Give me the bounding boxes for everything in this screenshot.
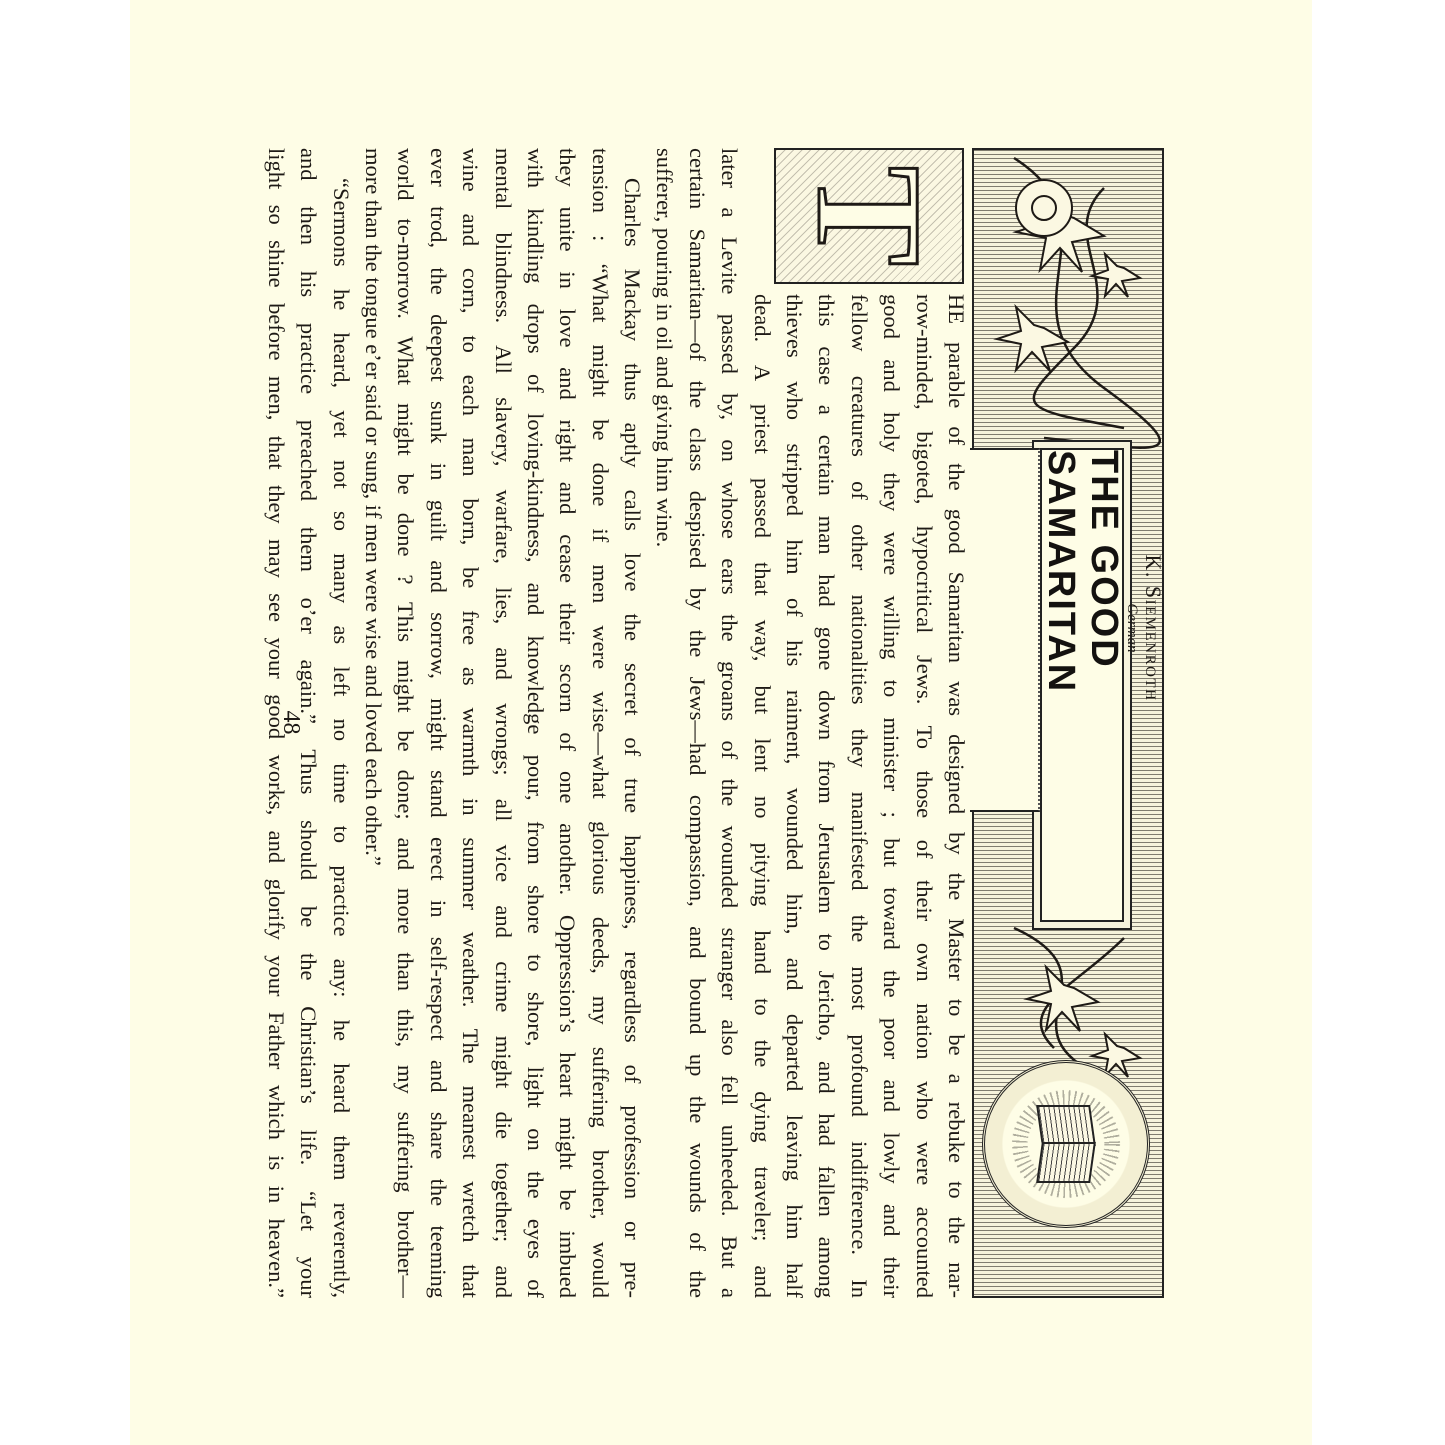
author-name: K. Siemenroth <box>1140 448 1166 808</box>
text-line: row-minded, bigoted, hypocritical Jews. … <box>907 294 939 1298</box>
article-body: HE parable of the good Samaritan was des… <box>259 148 972 1298</box>
text-line: “Sermons he heard, yet not so many as le… <box>324 148 356 1298</box>
paragraph-2: Charles Mackay thus aptly calls love the… <box>357 148 649 1298</box>
book-page: THE GOOD SAMARITAN K. Siemenroth German … <box>130 0 1312 1445</box>
text-line: with kindling drops of loving-kindness, … <box>519 148 551 1298</box>
text-line: they unite in love and right and cease t… <box>551 148 583 1298</box>
text-line: certain Samaritan—of the class despised … <box>680 148 712 1298</box>
text-line: HE parable of the good Samaritan was des… <box>940 294 972 1298</box>
open-book-icon <box>1039 1105 1093 1183</box>
text-line: sufferer, pouring in oil and giving him … <box>648 148 680 1298</box>
text-line: tension : “What might be done if men wer… <box>583 148 615 1298</box>
author-panel <box>970 448 1040 812</box>
text-line: thieves who stripped him of his raiment,… <box>778 294 810 1298</box>
title-plate: THE GOOD SAMARITAN <box>1040 448 1124 922</box>
page-number: 48 <box>277 0 304 1445</box>
paragraph-1: HE parable of the good Samaritan was des… <box>648 148 972 1298</box>
medallion <box>982 1060 1150 1228</box>
text-line: fellow creatures of other nationalities … <box>842 294 874 1298</box>
text-line: dead. A priest passed that way, but lent… <box>745 294 777 1298</box>
paragraph-3: “Sermons he heard, yet not so many as le… <box>259 148 356 1298</box>
text-line: good and holy they were willing to minis… <box>875 294 907 1298</box>
page-title: THE GOOD SAMARITAN <box>1039 450 1125 920</box>
author-origin: German <box>1123 448 1140 808</box>
text-line: wine and corn, to each man born, be free… <box>454 148 486 1298</box>
text-line: world to-morrow. What might be done ? Th… <box>389 148 421 1298</box>
text-line: mental blindness. All slavery, warfare, … <box>486 148 518 1298</box>
text-line: this case a certain man had gone down fr… <box>810 294 842 1298</box>
text-line: Charles Mackay thus aptly calls love the… <box>616 148 648 1298</box>
text-line: ever trod, the deepest sunk in guilt and… <box>421 148 453 1298</box>
text-line: later a Levite passed by, on whose ears … <box>713 148 745 1298</box>
text-line: more than the tongue e’er said or sung, … <box>357 148 389 1298</box>
